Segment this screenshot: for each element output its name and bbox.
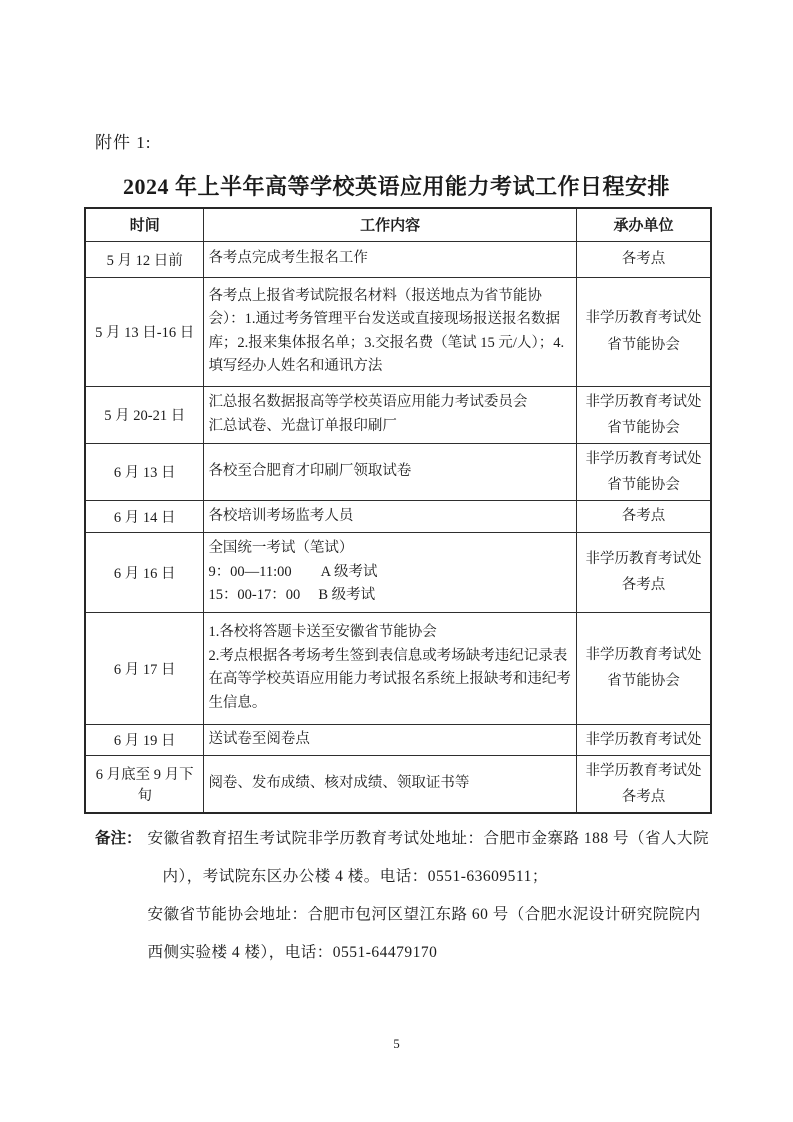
row-time: 6 月 19 日 bbox=[85, 724, 204, 755]
row-content: 各校培训考场监考人员 bbox=[204, 500, 576, 532]
row-content: 各考点上报省考试院报名材料（报送地点为省节能协会）：1.通过考务管理平台发送或直… bbox=[204, 277, 576, 386]
note-line: 内），考试院东区办公楼 4 楼。电话：0551-63609511； bbox=[148, 858, 720, 896]
row-content: 送试卷至阅卷点 bbox=[204, 724, 576, 755]
document-page: 附件 1: 2024 年上半年高等学校英语应用能力考试工作日程安排 时间 工作内… bbox=[0, 0, 793, 1122]
row-time: 5 月 13 日-16 日 bbox=[85, 277, 204, 386]
row-time: 6 月 13 日 bbox=[85, 443, 204, 500]
table-row: 6 月 19 日 送试卷至阅卷点 非学历教育考试处 bbox=[85, 724, 711, 755]
note-line: 安徽省教育招生考试院非学历教育考试处地址：合肥市金寨路 188 号（省人大院 bbox=[148, 820, 720, 858]
row-unit: 非学历教育考试处 各考点 bbox=[576, 532, 711, 612]
row-content: 阅卷、发布成绩、核对成绩、领取证书等 bbox=[204, 755, 576, 813]
notes-label: 备注： bbox=[95, 820, 142, 858]
table-row: 5 月 12 日前 各考点完成考生报名工作 各考点 bbox=[85, 241, 711, 277]
table-header-row: 时间 工作内容 承办单位 bbox=[85, 208, 711, 241]
page-title: 2024 年上半年高等学校英语应用能力考试工作日程安排 bbox=[0, 170, 793, 201]
row-content: 汇总报名数据报高等学校英语应用能力考试委员会 汇总试卷、光盘订单报印刷厂 bbox=[204, 386, 576, 443]
table-row: 6 月 17 日 1.各校将答题卡送至安徽省节能协会 2.考点根据各考场考生签到… bbox=[85, 612, 711, 724]
row-content: 各校至合肥育才印刷厂领取试卷 bbox=[204, 443, 576, 500]
note-line: 西侧实验楼 4 楼），电话：0551-64479170 bbox=[148, 934, 720, 972]
col-header-content: 工作内容 bbox=[204, 208, 576, 241]
table-row: 5 月 13 日-16 日 各考点上报省考试院报名材料（报送地点为省节能协会）：… bbox=[85, 277, 711, 386]
row-content: 各考点完成考生报名工作 bbox=[204, 241, 576, 277]
col-header-unit: 承办单位 bbox=[576, 208, 711, 241]
row-content: 1.各校将答题卡送至安徽省节能协会 2.考点根据各考场考生签到表信息或考场缺考违… bbox=[204, 612, 576, 724]
table-row: 6 月底至 9 月下旬 阅卷、发布成绩、核对成绩、领取证书等 非学历教育考试处 … bbox=[85, 755, 711, 813]
notes-section: 备注： 安徽省教育招生考试院非学历教育考试处地址：合肥市金寨路 188 号（省人… bbox=[95, 820, 720, 972]
row-unit: 非学历教育考试处 各考点 bbox=[576, 755, 711, 813]
note-line: 安徽省节能协会地址：合肥市包河区望江东路 60 号（合肥水泥设计研究院院内 bbox=[148, 896, 720, 934]
row-unit: 非学历教育考试处 省节能协会 bbox=[576, 612, 711, 724]
table-row: 6 月 13 日 各校至合肥育才印刷厂领取试卷 非学历教育考试处 省节能协会 bbox=[85, 443, 711, 500]
schedule-table: 时间 工作内容 承办单位 5 月 12 日前 各考点完成考生报名工作 各考点 5… bbox=[84, 207, 712, 814]
attachment-label: 附件 1: bbox=[95, 128, 151, 153]
row-unit: 各考点 bbox=[576, 241, 711, 277]
row-time: 6 月 17 日 bbox=[85, 612, 204, 724]
row-time: 6 月 16 日 bbox=[85, 532, 204, 612]
row-time: 5 月 12 日前 bbox=[85, 241, 204, 277]
row-unit: 各考点 bbox=[576, 500, 711, 532]
table-row: 6 月 16 日 全国统一考试（笔试） 9：00—11:00 A 级考试 15：… bbox=[85, 532, 711, 612]
page-number: 5 bbox=[0, 1036, 793, 1052]
row-unit: 非学历教育考试处 省节能协会 bbox=[576, 443, 711, 500]
col-header-time: 时间 bbox=[85, 208, 204, 241]
row-unit: 非学历教育考试处 省节能协会 bbox=[576, 277, 711, 386]
table-row: 6 月 14 日 各校培训考场监考人员 各考点 bbox=[85, 500, 711, 532]
row-time: 5 月 20-21 日 bbox=[85, 386, 204, 443]
row-time: 6 月 14 日 bbox=[85, 500, 204, 532]
row-unit: 非学历教育考试处 bbox=[576, 724, 711, 755]
row-time: 6 月底至 9 月下旬 bbox=[85, 755, 204, 813]
row-content: 全国统一考试（笔试） 9：00—11:00 A 级考试 15：00-17：00 … bbox=[204, 532, 576, 612]
table-row: 5 月 20-21 日 汇总报名数据报高等学校英语应用能力考试委员会 汇总试卷、… bbox=[85, 386, 711, 443]
row-unit: 非学历教育考试处 省节能协会 bbox=[576, 386, 711, 443]
notes-body: 安徽省教育招生考试院非学历教育考试处地址：合肥市金寨路 188 号（省人大院 内… bbox=[148, 820, 720, 972]
